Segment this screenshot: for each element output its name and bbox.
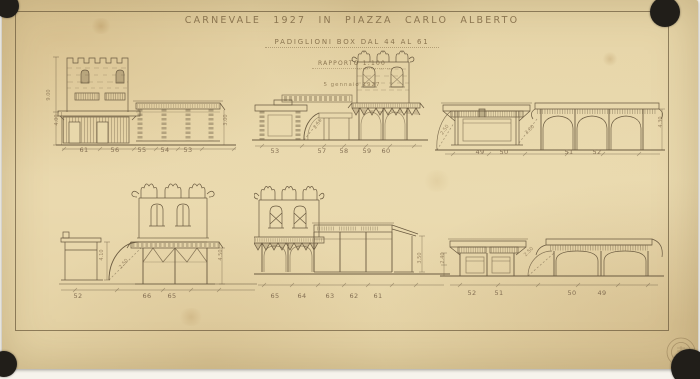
- box-number: 51: [564, 148, 573, 156]
- mounting-dot-icon: [671, 349, 700, 379]
- elevation-row2-center: [254, 182, 450, 302]
- box-number: 54: [160, 146, 169, 154]
- box-number: 52: [592, 148, 601, 156]
- box-number: 61: [373, 292, 382, 300]
- dimension-label: 4.00: [54, 114, 60, 125]
- box-number: 61: [79, 146, 88, 154]
- dimension-label: 4.10: [99, 249, 105, 260]
- dimension-label: 3.00: [223, 114, 229, 125]
- box-number: 49: [475, 148, 484, 156]
- paper-sheet: CARNEVALE 1927 IN PIAZZA CARLO ALBERTO P…: [2, 0, 698, 369]
- box-number: 52: [73, 292, 82, 300]
- box-number: 53: [270, 147, 279, 155]
- box-number: 59: [362, 147, 371, 155]
- drawing-title: CARNEVALE 1927 IN PIAZZA CARLO ALBERTO: [172, 15, 532, 26]
- elevation-row1-left: [48, 54, 244, 152]
- dimension-label: 4.30: [658, 116, 664, 127]
- elevation-row1-right: [435, 93, 665, 157]
- box-number: 57: [317, 147, 326, 155]
- box-number: 55: [137, 146, 146, 154]
- box-number: 58: [339, 147, 348, 155]
- box-number: 60: [381, 147, 390, 155]
- dimension-label: 2.40: [440, 252, 446, 263]
- box-number: 50: [499, 148, 508, 156]
- scanned-drawing-sheet: CARNEVALE 1927 IN PIAZZA CARLO ALBERTO P…: [0, 0, 700, 379]
- box-number: 63: [325, 292, 334, 300]
- elevation-row2-right: [440, 213, 664, 298]
- box-number: 65: [270, 292, 279, 300]
- box-number: 50: [567, 289, 576, 297]
- dimension-label: 4.50: [218, 249, 224, 260]
- box-number: 65: [167, 292, 176, 300]
- box-number: 62: [349, 292, 358, 300]
- elevation-row1-center: [252, 47, 442, 152]
- box-number: 51: [494, 289, 503, 297]
- dimension-label: 9.00: [46, 89, 52, 100]
- box-number: 56: [110, 146, 119, 154]
- dimension-label: 3.50: [417, 252, 423, 263]
- box-number: 52: [467, 289, 476, 297]
- box-number: 53: [183, 146, 192, 154]
- box-number: 49: [597, 289, 606, 297]
- box-number: 66: [142, 292, 151, 300]
- elevation-row2-left: [57, 180, 262, 302]
- box-number: 64: [297, 292, 306, 300]
